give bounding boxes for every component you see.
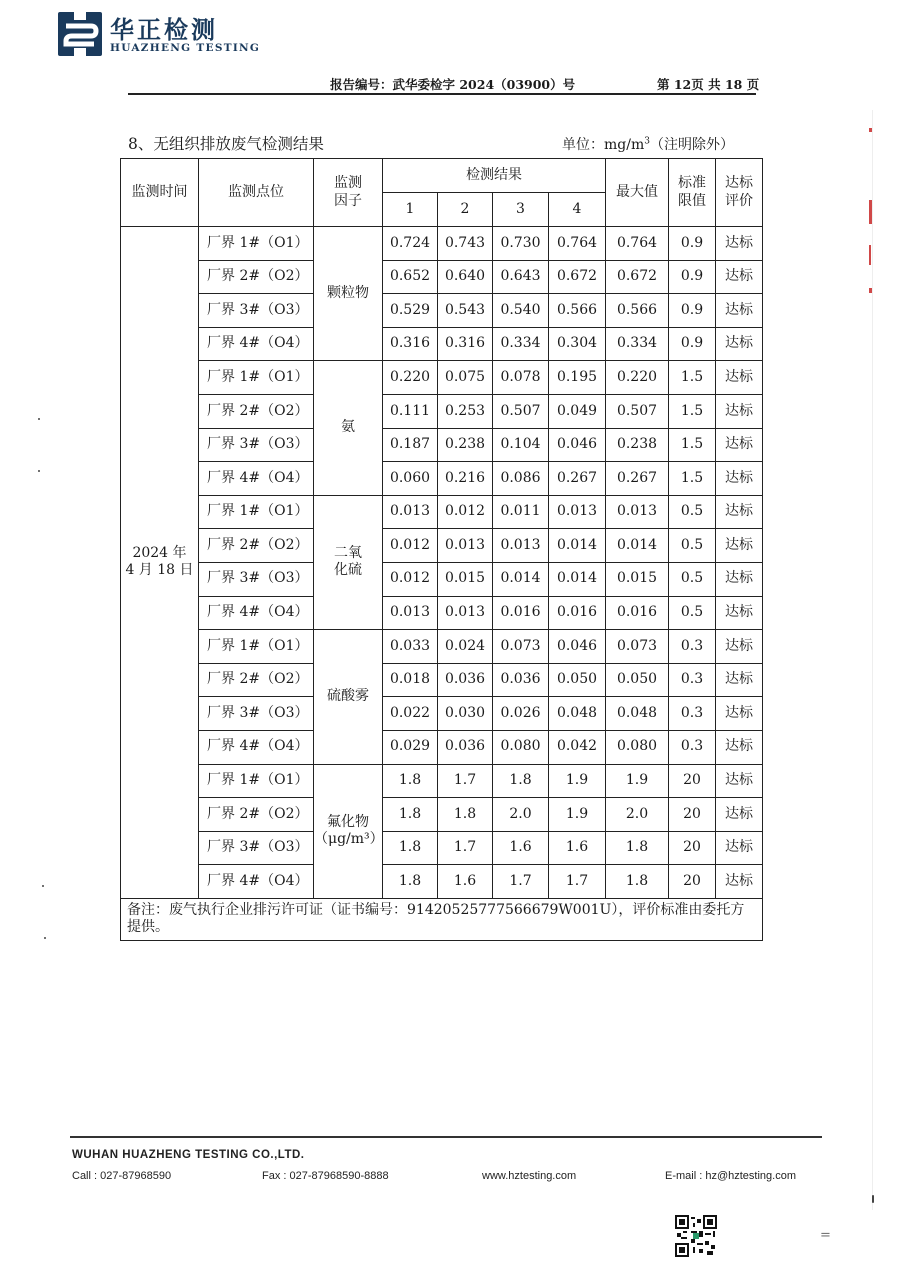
monitoring-point: 厂界 3#（O3）	[199, 428, 314, 462]
table-row: 厂界 3#（O3）0.0220.0300.0260.0480.0480.3达标	[121, 697, 763, 731]
result-value: 0.111	[383, 394, 438, 428]
table-row: 厂界 2#（O2）0.0180.0360.0360.0500.0500.3达标	[121, 663, 763, 697]
result-value: 0.304	[549, 327, 606, 361]
monitoring-point: 厂界 1#（O1）	[199, 227, 314, 261]
result-value: 0.238	[438, 428, 493, 462]
table-row: 厂界 1#（O1）硫酸雾0.0330.0240.0730.0460.0730.3…	[121, 630, 763, 664]
huazheng-logo-icon	[58, 12, 102, 56]
evaluation: 达标	[716, 495, 763, 529]
limit-value: 20	[669, 831, 716, 865]
monitoring-point: 厂界 2#（O2）	[199, 798, 314, 832]
header-result-2: 2	[438, 193, 493, 227]
evaluation: 达标	[716, 394, 763, 428]
result-value: 0.036	[438, 663, 493, 697]
table-row: 厂界 1#（O1）二氧化硫0.0130.0120.0110.0130.0130.…	[121, 495, 763, 529]
monitoring-factor: 氟化物（μg/m³）	[314, 764, 383, 898]
limit-value: 0.9	[669, 227, 716, 261]
footer-website[interactable]: www.hztesting.com	[482, 1170, 576, 1182]
header-result-1: 1	[383, 193, 438, 227]
limit-value: 0.9	[669, 294, 716, 328]
limit-value: 0.9	[669, 327, 716, 361]
result-value: 1.9	[549, 764, 606, 798]
unit-prefix: 单位：mg/m	[562, 137, 644, 153]
result-value: 1.6	[438, 865, 493, 899]
scan-speck	[44, 937, 46, 939]
result-value: 1.8	[383, 865, 438, 899]
result-value: 0.022	[383, 697, 438, 731]
result-value: 0.187	[383, 428, 438, 462]
table-row: 厂界 2#（O2）0.1110.2530.5070.0490.5071.5达标	[121, 394, 763, 428]
date-line2: 4 月 18 日	[125, 562, 193, 578]
limit-value: 20	[669, 764, 716, 798]
result-value: 0.042	[549, 730, 606, 764]
result-value: 0.013	[438, 596, 493, 630]
max-value: 0.764	[606, 227, 669, 261]
monitoring-factor: 颗粒物	[314, 227, 383, 361]
result-value: 0.046	[549, 428, 606, 462]
result-value: 0.014	[493, 562, 549, 596]
max-value: 0.238	[606, 428, 669, 462]
result-value: 0.566	[549, 294, 606, 328]
max-value: 0.050	[606, 663, 669, 697]
table-row: 厂界 4#（O4）0.3160.3160.3340.3040.3340.9达标	[121, 327, 763, 361]
result-value: 0.030	[438, 697, 493, 731]
result-value: 0.060	[383, 462, 438, 496]
result-value: 1.7	[438, 764, 493, 798]
logo-chinese-name: 华正检测	[110, 10, 218, 45]
evaluation: 达标	[716, 764, 763, 798]
result-value: 1.7	[493, 865, 549, 899]
result-value: 0.014	[549, 562, 606, 596]
monitoring-point: 厂界 1#（O1）	[199, 630, 314, 664]
evaluation: 达标	[716, 630, 763, 664]
monitoring-point: 厂界 4#（O4）	[199, 462, 314, 496]
evaluation: 达标	[716, 697, 763, 731]
result-value: 0.104	[493, 428, 549, 462]
table-row: 厂界 1#（O1）氨0.2200.0750.0780.1950.2201.5达标	[121, 361, 763, 395]
monitoring-point: 厂界 3#（O3）	[199, 294, 314, 328]
max-value: 0.014	[606, 529, 669, 563]
limit-value: 20	[669, 798, 716, 832]
result-value: 0.013	[438, 529, 493, 563]
factor-line: （μg/m³）	[314, 831, 384, 847]
seal-edge-mark	[869, 128, 872, 132]
result-value: 0.643	[493, 260, 549, 294]
evaluation: 达标	[716, 327, 763, 361]
limit-value: 0.9	[669, 260, 716, 294]
result-value: 0.013	[493, 529, 549, 563]
limit-value: 1.5	[669, 462, 716, 496]
seal-edge-mark	[869, 200, 872, 224]
result-value: 0.195	[549, 361, 606, 395]
result-value: 0.013	[549, 495, 606, 529]
max-value: 0.566	[606, 294, 669, 328]
results-table: 监测时间 监测点位 监测因子 检测结果 最大值 标准限值 达标评价 1 2 3 …	[120, 158, 763, 941]
monitoring-point: 厂界 3#（O3）	[199, 562, 314, 596]
monitoring-factor: 硫酸雾	[314, 630, 383, 764]
max-value: 0.334	[606, 327, 669, 361]
result-value: 1.8	[438, 798, 493, 832]
monitoring-point: 厂界 4#（O4）	[199, 327, 314, 361]
table-row: 厂界 4#（O4）0.0600.2160.0860.2670.2671.5达标	[121, 462, 763, 496]
header-factor-line1: 监测	[334, 175, 362, 191]
factor-line: 颗粒物	[327, 285, 369, 301]
result-value: 0.012	[383, 529, 438, 563]
evaluation: 达标	[716, 361, 763, 395]
footer-divider	[70, 1136, 822, 1138]
seal-edge-mark	[869, 288, 872, 293]
qr-code-icon	[675, 1215, 717, 1257]
evaluation: 达标	[716, 562, 763, 596]
result-value: 0.033	[383, 630, 438, 664]
result-value: 0.220	[383, 361, 438, 395]
seal-edge-mark	[869, 245, 871, 265]
table-row: 厂界 2#（O2）0.6520.6400.6430.6720.6720.9达标	[121, 260, 763, 294]
table-row: 厂界 3#（O3）0.5290.5430.5400.5660.5660.9达标	[121, 294, 763, 328]
result-value: 0.024	[438, 630, 493, 664]
footer-fax: Fax : 027-87968590-8888	[262, 1170, 389, 1182]
report-number: 报告编号：武华委检字 2024（03900）号	[330, 75, 575, 93]
evaluation: 达标	[716, 798, 763, 832]
result-value: 0.543	[438, 294, 493, 328]
evaluation: 达标	[716, 294, 763, 328]
table-row: 厂界 4#（O4）1.81.61.71.71.820达标	[121, 865, 763, 899]
header-results-group: 检测结果	[383, 159, 606, 193]
limit-value: 0.3	[669, 697, 716, 731]
factor-line: 氨	[341, 419, 355, 435]
max-value: 2.0	[606, 798, 669, 832]
evaluation: 达标	[716, 831, 763, 865]
result-value: 0.036	[493, 663, 549, 697]
limit-value: 0.3	[669, 630, 716, 664]
edge-mark: =	[820, 1228, 831, 1243]
header-limit-line1: 标准	[678, 175, 706, 191]
header-max: 最大值	[606, 159, 669, 227]
result-value: 0.018	[383, 663, 438, 697]
header-divider	[128, 93, 756, 95]
header-limit-line2: 限值	[678, 193, 706, 209]
table-row: 厂界 3#（O3）0.0120.0150.0140.0140.0150.5达标	[121, 562, 763, 596]
monitoring-point: 厂界 3#（O3）	[199, 831, 314, 865]
monitoring-point: 厂界 2#（O2）	[199, 260, 314, 294]
factor-line: 氟化物	[327, 814, 369, 830]
result-value: 0.529	[383, 294, 438, 328]
max-value: 0.267	[606, 462, 669, 496]
result-value: 0.011	[493, 495, 549, 529]
limit-value: 0.5	[669, 529, 716, 563]
result-value: 0.029	[383, 730, 438, 764]
result-value: 0.073	[493, 630, 549, 664]
result-value: 0.730	[493, 227, 549, 261]
max-value: 0.016	[606, 596, 669, 630]
section-title: 8、无组织排放废气检测结果	[128, 132, 324, 154]
factor-line: 二氧	[334, 545, 362, 561]
result-value: 0.640	[438, 260, 493, 294]
company-logo: 华正检测 HUAZHENG TESTING	[58, 12, 238, 58]
evaluation: 达标	[716, 428, 763, 462]
result-value: 0.036	[438, 730, 493, 764]
result-value: 0.334	[493, 327, 549, 361]
max-value: 0.672	[606, 260, 669, 294]
header-limit: 标准限值	[669, 159, 716, 227]
header-factor: 监测因子	[314, 159, 383, 227]
max-value: 1.8	[606, 865, 669, 899]
monitoring-point: 厂界 4#（O4）	[199, 730, 314, 764]
table-note: 备注：废气执行企业排污许可证（证书编号：91420525777566679W00…	[121, 898, 763, 940]
monitoring-point: 厂界 4#（O4）	[199, 596, 314, 630]
result-value: 0.507	[493, 394, 549, 428]
monitoring-point: 厂界 2#（O2）	[199, 663, 314, 697]
max-value: 0.220	[606, 361, 669, 395]
table-row: 厂界 4#（O4）0.0130.0130.0160.0160.0160.5达标	[121, 596, 763, 630]
monitoring-date: 2024 年4 月 18 日	[121, 227, 199, 899]
header-eval-line1: 达标	[725, 175, 753, 191]
footer-phone: Call : 027-87968590	[72, 1170, 171, 1182]
limit-value: 1.5	[669, 428, 716, 462]
result-value: 2.0	[493, 798, 549, 832]
page-number: 第 12页 共 18 页	[657, 75, 759, 93]
scan-speck	[38, 470, 40, 472]
limit-value: 20	[669, 865, 716, 899]
unit-label: 单位：mg/m3（注明除外）	[562, 134, 734, 154]
result-value: 0.049	[549, 394, 606, 428]
result-value: 1.8	[493, 764, 549, 798]
result-value: 1.7	[549, 865, 606, 899]
page-edge-line	[872, 110, 873, 1210]
limit-value: 0.3	[669, 730, 716, 764]
header-row: 监测时间 监测点位 监测因子 检测结果 最大值 标准限值 达标评价	[121, 159, 763, 193]
result-value: 0.013	[383, 495, 438, 529]
result-value: 1.8	[383, 831, 438, 865]
result-value: 1.7	[438, 831, 493, 865]
limit-value: 0.5	[669, 596, 716, 630]
result-value: 0.016	[493, 596, 549, 630]
result-value: 0.652	[383, 260, 438, 294]
result-value: 0.253	[438, 394, 493, 428]
limit-value: 0.5	[669, 562, 716, 596]
footer-company: WUHAN HUAZHENG TESTING CO.,LTD.	[72, 1149, 305, 1161]
result-value: 0.672	[549, 260, 606, 294]
result-value: 1.6	[493, 831, 549, 865]
result-value: 0.724	[383, 227, 438, 261]
monitoring-point: 厂界 1#（O1）	[199, 495, 314, 529]
max-value: 0.073	[606, 630, 669, 664]
table-row: 2024 年4 月 18 日厂界 1#（O1）颗粒物0.7240.7430.73…	[121, 227, 763, 261]
table-row: 厂界 2#（O2）1.81.82.01.92.020达标	[121, 798, 763, 832]
result-value: 0.080	[493, 730, 549, 764]
evaluation: 达标	[716, 865, 763, 899]
result-value: 1.8	[383, 764, 438, 798]
header-factor-line2: 因子	[334, 193, 362, 209]
monitoring-point: 厂界 1#（O1）	[199, 764, 314, 798]
limit-value: 0.5	[669, 495, 716, 529]
result-value: 0.046	[549, 630, 606, 664]
result-value: 0.048	[549, 697, 606, 731]
result-value: 1.6	[549, 831, 606, 865]
monitoring-point: 厂界 2#（O2）	[199, 529, 314, 563]
results-body: 2024 年4 月 18 日厂界 1#（O1）颗粒物0.7240.7430.73…	[121, 227, 763, 941]
max-value: 0.013	[606, 495, 669, 529]
evaluation: 达标	[716, 227, 763, 261]
result-value: 0.013	[383, 596, 438, 630]
header-result-3: 3	[493, 193, 549, 227]
result-value: 0.075	[438, 361, 493, 395]
monitoring-point: 厂界 4#（O4）	[199, 865, 314, 899]
note-row: 备注：废气执行企业排污许可证（证书编号：91420525777566679W00…	[121, 898, 763, 940]
date-line1: 2024 年	[132, 545, 186, 561]
result-value: 0.216	[438, 462, 493, 496]
scan-speck	[38, 418, 40, 420]
table-row: 厂界 2#（O2）0.0120.0130.0130.0140.0140.5达标	[121, 529, 763, 563]
scan-speck	[872, 1195, 874, 1203]
result-value: 1.8	[383, 798, 438, 832]
monitoring-point: 厂界 2#（O2）	[199, 394, 314, 428]
result-value: 0.026	[493, 697, 549, 731]
result-value: 0.050	[549, 663, 606, 697]
result-value: 0.012	[383, 562, 438, 596]
max-value: 0.080	[606, 730, 669, 764]
result-value: 0.743	[438, 227, 493, 261]
table-row: 厂界 3#（O3）1.81.71.61.61.820达标	[121, 831, 763, 865]
factor-line: 硫酸雾	[327, 688, 369, 704]
limit-value: 1.5	[669, 394, 716, 428]
header-eval: 达标评价	[716, 159, 763, 227]
header-point: 监测点位	[199, 159, 314, 227]
logo-english-name: HUAZHENG TESTING	[110, 42, 260, 54]
footer-email[interactable]: E-mail : hz@hztesting.com	[665, 1170, 796, 1182]
header-eval-line2: 评价	[725, 193, 753, 209]
result-value: 0.086	[493, 462, 549, 496]
result-value: 0.540	[493, 294, 549, 328]
result-value: 0.015	[438, 562, 493, 596]
evaluation: 达标	[716, 596, 763, 630]
monitoring-point: 厂界 1#（O1）	[199, 361, 314, 395]
result-value: 0.016	[549, 596, 606, 630]
result-value: 0.014	[549, 529, 606, 563]
max-value: 1.8	[606, 831, 669, 865]
monitoring-factor: 二氧化硫	[314, 495, 383, 629]
max-value: 0.507	[606, 394, 669, 428]
result-value: 0.316	[383, 327, 438, 361]
evaluation: 达标	[716, 462, 763, 496]
result-value: 0.764	[549, 227, 606, 261]
limit-value: 1.5	[669, 361, 716, 395]
evaluation: 达标	[716, 730, 763, 764]
result-value: 1.9	[549, 798, 606, 832]
max-value: 0.015	[606, 562, 669, 596]
evaluation: 达标	[716, 663, 763, 697]
result-value: 0.316	[438, 327, 493, 361]
table-row: 厂界 3#（O3）0.1870.2380.1040.0460.2381.5达标	[121, 428, 763, 462]
result-value: 0.012	[438, 495, 493, 529]
table-row: 厂界 4#（O4）0.0290.0360.0800.0420.0800.3达标	[121, 730, 763, 764]
monitoring-factor: 氨	[314, 361, 383, 495]
evaluation: 达标	[716, 260, 763, 294]
header-time: 监测时间	[121, 159, 199, 227]
scan-speck	[42, 885, 44, 887]
factor-line: 化硫	[334, 562, 362, 578]
header-result-4: 4	[549, 193, 606, 227]
monitoring-point: 厂界 3#（O3）	[199, 697, 314, 731]
limit-value: 0.3	[669, 663, 716, 697]
evaluation: 达标	[716, 529, 763, 563]
max-value: 1.9	[606, 764, 669, 798]
table-row: 厂界 1#（O1）氟化物（μg/m³）1.81.71.81.91.920达标	[121, 764, 763, 798]
result-value: 0.267	[549, 462, 606, 496]
max-value: 0.048	[606, 697, 669, 731]
unit-suffix: （注明除外）	[650, 137, 734, 153]
result-value: 0.078	[493, 361, 549, 395]
